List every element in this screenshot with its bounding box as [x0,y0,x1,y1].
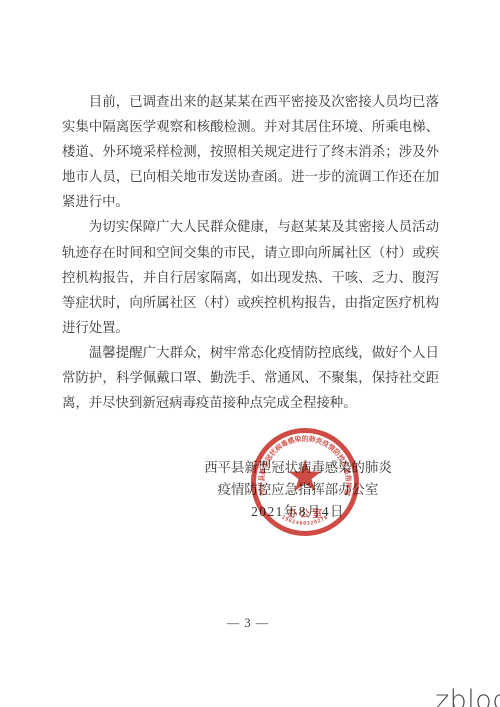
official-seal-stamp: 西平县新型冠状病毒感染的肺炎疫情防控应急指挥部 办公室 198240032827… [240,418,372,550]
document-page: 目前，已调查出来的赵某某在西平密接及次密接人员均已落实集中隔离医学观察和核酸检测… [0,0,500,707]
document-body: 目前，已调查出来的赵某某在西平密接及次密接人员均已落实集中隔离医学观察和核酸检测… [62,89,439,415]
paragraph-1: 目前，已调查出来的赵某某在西平密接及次密接人员均已落实集中隔离医学观察和核酸检测… [62,89,439,214]
page-number: — 3 — [0,616,500,631]
paragraph-3: 温馨提醒广大群众，树牢常态化疫情防控底线，做好个人日常防护，科学佩戴口罩、勤洗手… [62,340,439,415]
watermark-zblog: zblog [435,687,500,707]
seal-office-text: 办公室 [287,507,325,520]
seal-star-icon [289,460,321,491]
paragraph-2: 为切实保障广大人民群众健康，与赵某某及其密接人员活动轨迹存在时间和空间交集的市民… [62,214,439,339]
